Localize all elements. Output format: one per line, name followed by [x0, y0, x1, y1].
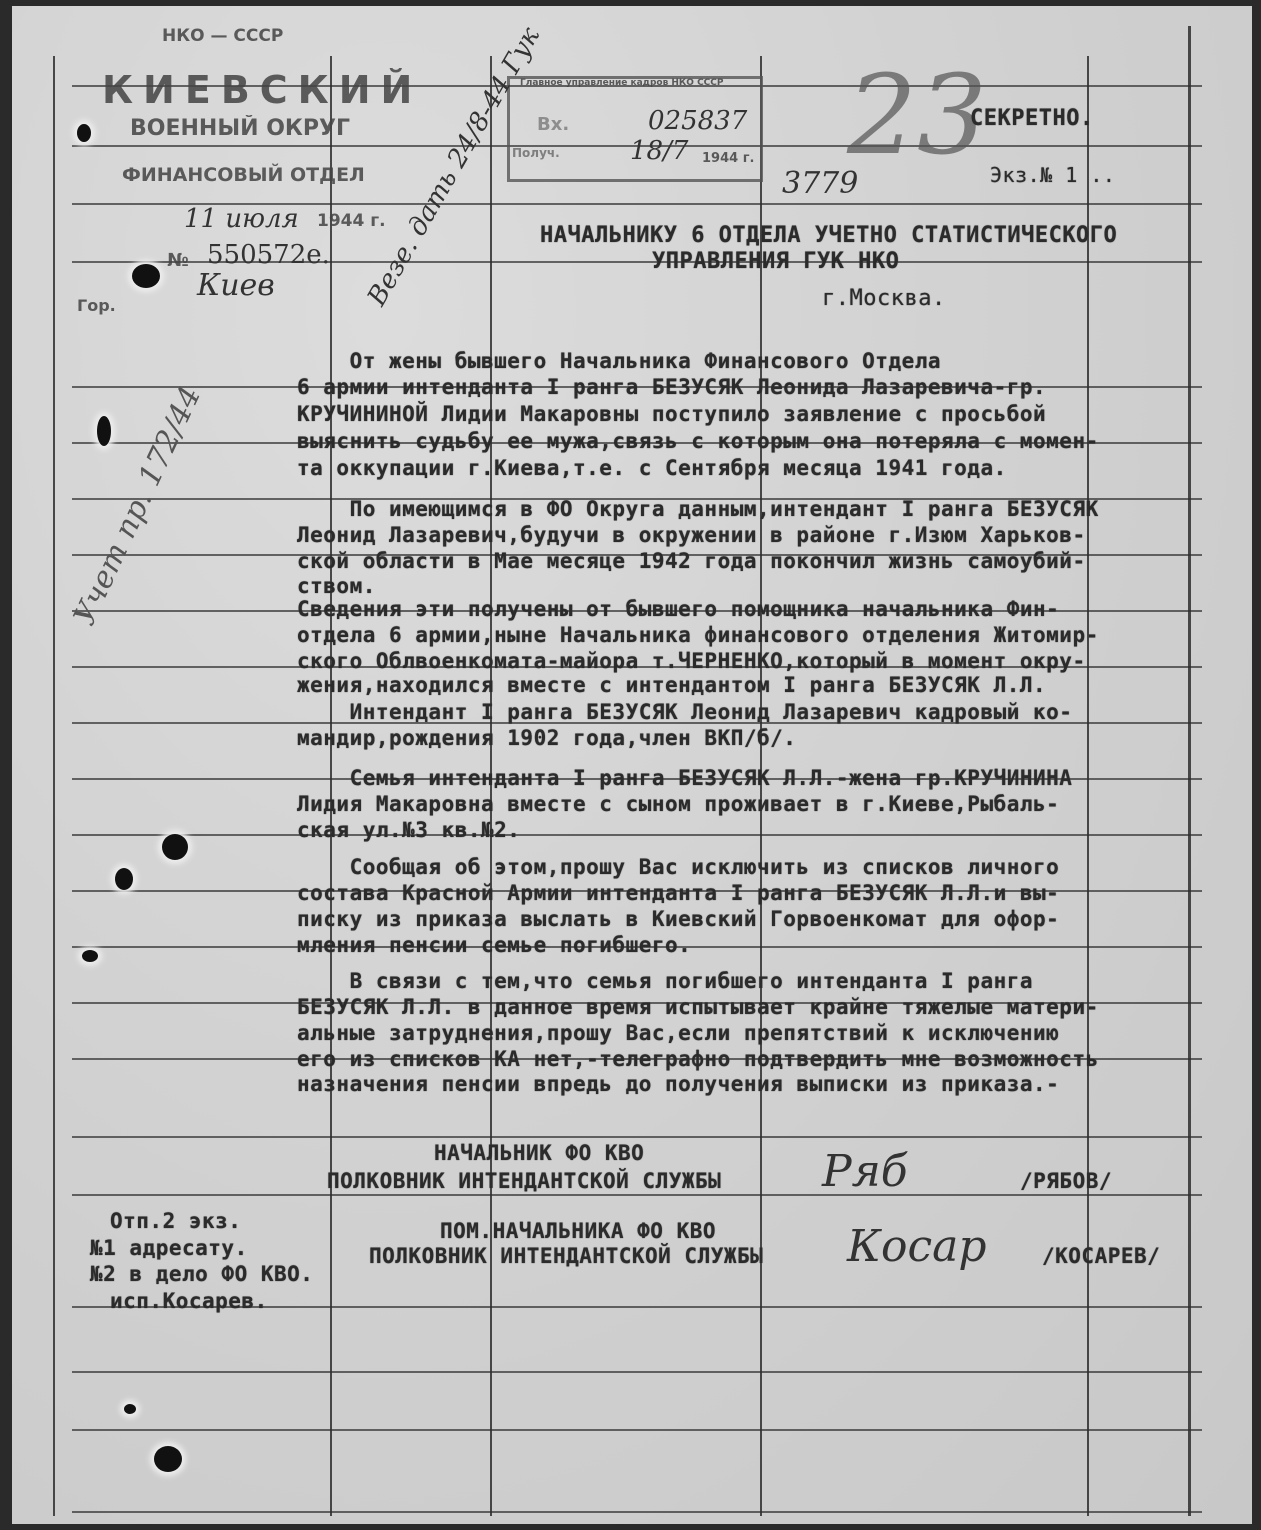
ruled-line [72, 1136, 1202, 1138]
stamp-city-handwritten: Киев [197, 268, 275, 303]
stamp-number-handwritten: 550572е. [207, 240, 330, 270]
ruled-line [72, 1194, 1202, 1196]
distribution-line: №1 адресату. [90, 1236, 248, 1260]
handwritten-margin-note-left: Учет пр. 172/44 [67, 381, 208, 631]
body-text-line: Сведения эти получены от бывшего помощни… [297, 597, 1059, 621]
punch-hole [82, 950, 98, 962]
stamp-year: 1944 г. [317, 211, 386, 231]
body-text-line: Леонид Лазаревич,будучи в окружении в ра… [297, 523, 1086, 547]
body-text-line: мления пенсии семье погибшего. [297, 933, 691, 957]
signature-2-name: /КОСАРЕВ/ [1042, 1244, 1160, 1268]
ruled-line [72, 1371, 1202, 1373]
body-text-line: состава Красной Армии интенданта I ранга… [297, 881, 1059, 905]
body-text-line: ством. [297, 574, 376, 598]
signature-1-title-2: ПОЛКОВНИК ИНТЕНДАНТСКОЙ СЛУЖБЫ [327, 1169, 721, 1193]
punch-hole [115, 868, 133, 890]
body-text-line: назначения пенсии впредь до получения вы… [297, 1072, 1059, 1096]
body-text-line: ская ул.№3 кв.№2. [297, 818, 520, 842]
ruled-margin-line [53, 56, 55, 1516]
body-text-line: выяснить судьбу ее мужа,связь с которым … [297, 429, 1099, 453]
body-text-line: Интендант I ранга БЕЗУСЯК Леонид Лазарев… [297, 700, 1072, 724]
stamp-center-in-number: 025837 [648, 106, 747, 136]
handwritten-registration-number: 3779 [782, 166, 858, 201]
body-text-line: 6 армии интенданта I ранга БЕЗУСЯК Леони… [297, 375, 1046, 399]
ruled-edge-line [1188, 26, 1191, 1516]
ruled-line [72, 1511, 1202, 1513]
punch-hole [154, 1446, 182, 1472]
punch-hole [77, 124, 91, 142]
stamp-number-label: № [167, 250, 189, 271]
stamp-city-label: Гор. [77, 296, 116, 315]
stamp-district: КИЕВСКИЙ [102, 68, 422, 112]
signature-2-title-1: ПОМ.НАЧАЛЬНИКА ФО КВО [440, 1219, 716, 1243]
body-text-line: жения,находился вместе с интендантом I р… [297, 673, 1046, 697]
signature-1-title-1: НАЧАЛЬНИК ФО КВО [434, 1141, 644, 1165]
stamp-dept: ФИНАНСОВЫЙ ОТДЕЛ [122, 164, 365, 186]
signature-1-handwritten: Ряб [822, 1146, 908, 1197]
body-text-line: альные затруднения,прошу Вас,если препят… [297, 1021, 1059, 1045]
distribution-line: Отп.2 экз. [110, 1209, 241, 1233]
body-text-line: БЕЗУСЯК Л.Л. в данное время испытывает к… [297, 995, 1099, 1019]
body-text-line: писку из приказа выслать в Киевский Горв… [297, 907, 1059, 931]
stamp-center-header: Главное управление кадров НКО СССР [520, 78, 723, 88]
document-page: НКО — СССР КИЕВСКИЙ ВОЕННЫЙ ОКРУГ ФИНАНС… [12, 6, 1252, 1524]
addressee-line-1: НАЧАЛЬНИКУ 6 ОТДЕЛА УЧЕТНО СТАТИСТИЧЕСКО… [540, 223, 1117, 248]
stamp-center-year: 1944 г. [702, 151, 754, 166]
stamp-district2: ВОЕННЫЙ ОКРУГ [130, 116, 350, 141]
stamp-center-date-handwritten: 18/7 [630, 136, 688, 166]
stamp-center-date-label: Получ. [512, 146, 560, 160]
ruled-line [72, 834, 1202, 836]
body-text-line: ской области в Мае месяце 1942 года поко… [297, 549, 1086, 573]
body-text-line: ского Облвоенкомата-майора т.ЧЕРНЕНКО,ко… [297, 649, 1086, 673]
body-text-line: Лидия Макаровна вместе с сыном проживает… [297, 792, 1059, 816]
stamp-date-handwritten: 11 июля [184, 204, 299, 234]
body-text-line: та оккупации г.Киева,т.е. с Сентября мес… [297, 456, 1007, 480]
punch-hole [132, 264, 160, 288]
ruled-line [72, 1429, 1202, 1431]
copy-number: Экз.№ 1 .. [990, 163, 1115, 187]
ruled-column-line [1087, 56, 1089, 1516]
body-text-line: отдела 6 армии,ныне Начальника финансово… [297, 623, 1099, 647]
body-text-line: мандир,рождения 1902 года,член ВКП/б/. [297, 726, 796, 750]
punch-hole [97, 416, 111, 446]
body-text-line: Сообщая об этом,прошу Вас исключить из с… [297, 855, 1059, 879]
signature-1-name: /РЯБОВ/ [1020, 1169, 1112, 1193]
distribution-line: исп.Косарев. [110, 1289, 268, 1313]
punch-hole [124, 1404, 136, 1414]
body-text-line: его из списков КА нет,-телеграфно подтве… [297, 1047, 1099, 1071]
classification-label: СЕКРЕТНО. [970, 106, 1094, 131]
handwritten-page-number: 23 [847, 51, 987, 179]
punch-hole [162, 834, 188, 860]
body-text-line: КРУЧИНИНОЙ Лидии Макаровны поступило зая… [297, 402, 1046, 426]
stamp-org: НКО — СССР [162, 26, 283, 46]
body-text-line: Семья интенданта I ранга БЕЗУСЯК Л.Л.-же… [297, 766, 1072, 790]
body-text-line: По имеющимся в ФО Округа данным,интендан… [297, 497, 1099, 521]
distribution-line: №2 в дело ФО КВО. [90, 1262, 313, 1286]
signature-2-title-2: ПОЛКОВНИК ИНТЕНДАНТСКОЙ СЛУЖБЫ [369, 1244, 763, 1268]
addressee-city: г.Москва. [822, 286, 946, 311]
addressee-line-2: УПРАВЛЕНИЯ ГУК НКО [652, 249, 899, 274]
stamp-center-in-label: Вх. [537, 114, 569, 135]
body-text-line: От жены бывшего Начальника Финансового О… [297, 349, 941, 373]
body-text-line: В связи с тем,что семья погибшего интенд… [297, 969, 1033, 993]
signature-2-handwritten: Косар [847, 1221, 987, 1272]
